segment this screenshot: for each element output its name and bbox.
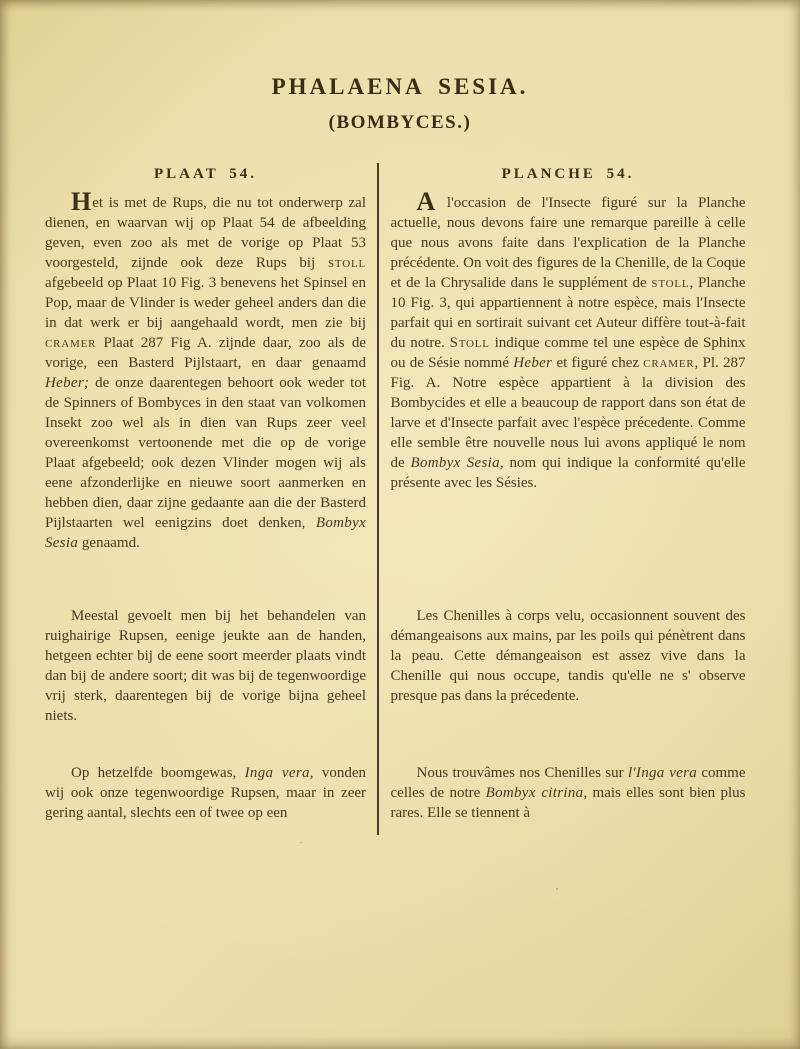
text-segment-smallcaps: stoll xyxy=(651,275,689,291)
text-segment-italic: l'Inga vera xyxy=(628,765,697,781)
text-segment-italic: Bombyx Sesia xyxy=(411,455,500,471)
text-segment-smallcaps: cramer xyxy=(45,335,96,351)
text-segment-italic: Inga vera xyxy=(245,765,310,781)
french-column: PLANCHE 54. A l'occasion de l'Insecte fi… xyxy=(391,163,746,823)
french-paragraph-3: Nous trouvâmes nos Chenilles sur l'Inga … xyxy=(391,763,746,823)
page-subtitle: (BOMBYCES.) xyxy=(0,112,800,134)
text-segment-normal: et is met de Rups, die nu tot onderwerp … xyxy=(45,195,366,271)
text-segment-smallcaps: cramer xyxy=(643,355,694,371)
paper-speck xyxy=(556,888,558,890)
french-paragraph-block-1: A l'occasion de l'Insecte figuré sur la … xyxy=(391,193,746,606)
dutch-paragraph-block-2: Meestal gevoelt men bij het behandelen v… xyxy=(45,606,366,763)
dutch-paragraph-block-1: Het is met de Rups, die nu tot onderwerp… xyxy=(45,193,366,606)
text-segment-normal: genaamd. xyxy=(78,535,140,551)
french-paragraph-block-2: Les Chenilles à corps velu, occasionnent… xyxy=(391,606,746,763)
page-header: PHALAENA SESIA. (BOMBYCES.) xyxy=(0,0,800,134)
text-segment-normal: Les Chenilles à corps velu, occasionnent… xyxy=(391,608,746,704)
text-segment-normal: Meestal gevoelt men bij het behandelen v… xyxy=(45,608,366,724)
dutch-paragraph-block-3: Op hetzelfde boomgewas, Inga vera, vonde… xyxy=(45,763,366,823)
column-divider-rule xyxy=(377,163,379,835)
dutch-column: PLAAT 54. Het is met de Rups, die nu tot… xyxy=(45,163,366,823)
text-segment-normal: et figuré chez xyxy=(552,355,643,371)
text-segment-italic: Bombyx citrina xyxy=(486,785,584,801)
french-paragraph-block-3: Nous trouvâmes nos Chenilles sur l'Inga … xyxy=(391,763,746,823)
text-segment-dropcap: H xyxy=(71,187,92,216)
dutch-paragraph-1: Het is met de Rups, die nu tot onderwerp… xyxy=(45,193,366,553)
text-segment-normal: afgebeeld op Plaat 10 Fig. 3 benevens he… xyxy=(45,275,366,331)
text-segment-smallcaps: Stoll xyxy=(450,335,490,351)
text-segment-normal: Op hetzelfde boomgewas, xyxy=(71,765,245,781)
text-segment-dropcap: A xyxy=(417,187,437,216)
text-segment-normal: Nous trouvâmes nos Chenilles sur xyxy=(417,765,628,781)
dutch-paragraph-3: Op hetzelfde boomgewas, Inga vera, vonde… xyxy=(45,763,366,823)
page-title: PHALAENA SESIA. xyxy=(0,74,800,100)
french-paragraph-2: Les Chenilles à corps velu, occasionnent… xyxy=(391,606,746,706)
french-paragraph-1: A l'occasion de l'Insecte figuré sur la … xyxy=(391,193,746,493)
book-page: PHALAENA SESIA. (BOMBYCES.) PLAAT 54. He… xyxy=(0,0,800,1049)
text-segment-italic: Heber; xyxy=(45,375,89,391)
text-segment-smallcaps: stoll xyxy=(328,255,366,271)
paper-speck xyxy=(736,258,738,260)
text-segment-italic: Heber xyxy=(513,355,552,371)
text-segment-normal: de onze daarentegen behoort ook weder to… xyxy=(45,375,366,531)
french-column-heading: PLANCHE 54. xyxy=(391,166,746,183)
text-segment-normal: , Pl. 287 Fig. A. Notre espèce appartien… xyxy=(391,355,746,471)
paper-speck xyxy=(300,842,302,843)
dutch-paragraph-2: Meestal gevoelt men bij het behandelen v… xyxy=(45,606,366,726)
two-column-layout: PLAAT 54. Het is met de Rups, die nu tot… xyxy=(0,163,800,835)
dutch-column-heading: PLAAT 54. xyxy=(45,166,366,183)
